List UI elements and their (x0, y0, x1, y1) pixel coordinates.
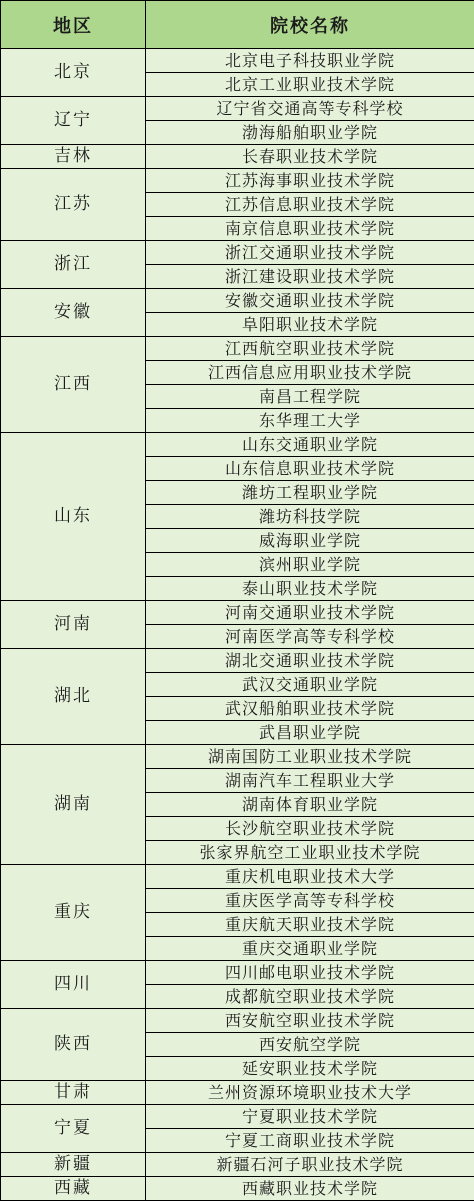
table-row: 浙江浙江交通职业技术学院 (1, 241, 474, 265)
school-name-cell: 重庆交通职业学院 (146, 937, 474, 961)
school-name-cell: 潍坊科技学院 (146, 505, 474, 529)
table-row: 宁夏宁夏职业技术学院 (1, 1105, 474, 1129)
school-name-cell: 潍坊工程职业学院 (146, 481, 474, 505)
table-row: 吉林长春职业技术学院 (1, 145, 474, 169)
school-name-cell: 成都航空职业技术学院 (146, 985, 474, 1009)
school-name-cell: 滨州职业学院 (146, 553, 474, 577)
school-name-cell: 安徽交通职业技术学院 (146, 289, 474, 313)
region-cell: 重庆 (1, 865, 146, 961)
table-row: 江西江西航空职业技术学院 (1, 337, 474, 361)
school-name-cell: 北京工业职业技术学院 (146, 73, 474, 97)
region-cell: 新疆 (1, 1153, 146, 1177)
table-row: 山东山东交通职业学院 (1, 433, 474, 457)
region-cell: 湖南 (1, 745, 146, 865)
region-cell: 江苏 (1, 169, 146, 241)
school-name-cell: 兰州资源环境职业技术大学 (146, 1081, 474, 1105)
school-name-cell: 阜阳职业技术学院 (146, 313, 474, 337)
school-name-cell: 浙江交通职业技术学院 (146, 241, 474, 265)
school-name-cell: 浙江建设职业技术学院 (146, 265, 474, 289)
school-name-cell: 重庆医学高等专科学校 (146, 889, 474, 913)
table-row: 湖北湖北交通职业技术学院 (1, 649, 474, 673)
school-name-cell: 长春职业技术学院 (146, 145, 474, 169)
school-name-cell: 湖南国防工业职业技术学院 (146, 745, 474, 769)
school-name-cell: 张家界航空工业职业技术学院 (146, 841, 474, 865)
region-cell: 湖北 (1, 649, 146, 745)
region-cell: 辽宁 (1, 97, 146, 145)
school-name-cell: 湖北交通职业技术学院 (146, 649, 474, 673)
header-row: 地区 院校名称 (1, 1, 474, 49)
school-name-cell: 威海职业学院 (146, 529, 474, 553)
school-name-cell: 四川邮电职业技术学院 (146, 961, 474, 985)
region-cell: 西藏 (1, 1177, 146, 1201)
school-name-cell: 宁夏工商职业技术学院 (146, 1129, 474, 1153)
table-body: 北京北京电子科技职业学院北京工业职业技术学院辽宁辽宁省交通高等专科学校渤海船舶职… (1, 49, 474, 1201)
table-row: 新疆新疆石河子职业技术学院 (1, 1153, 474, 1177)
region-cell: 河南 (1, 601, 146, 649)
table-row: 北京北京电子科技职业学院 (1, 49, 474, 73)
region-cell: 浙江 (1, 241, 146, 289)
table-row: 辽宁辽宁省交通高等专科学校 (1, 97, 474, 121)
region-cell: 陕西 (1, 1009, 146, 1081)
table-row: 河南河南交通职业技术学院 (1, 601, 474, 625)
header-region: 地区 (1, 1, 146, 49)
region-cell: 安徽 (1, 289, 146, 337)
school-name-cell: 新疆石河子职业技术学院 (146, 1153, 474, 1177)
table-row: 湖南湖南国防工业职业技术学院 (1, 745, 474, 769)
school-name-cell: 湖南汽车工程职业大学 (146, 769, 474, 793)
region-cell: 山东 (1, 433, 146, 601)
header-school-name: 院校名称 (146, 1, 474, 49)
school-name-cell: 泰山职业技术学院 (146, 577, 474, 601)
table-row: 江苏江苏海事职业技术学院 (1, 169, 474, 193)
school-name-cell: 南京信息职业技术学院 (146, 217, 474, 241)
region-cell: 北京 (1, 49, 146, 97)
school-name-cell: 宁夏职业技术学院 (146, 1105, 474, 1129)
region-cell: 江西 (1, 337, 146, 433)
school-name-cell: 北京电子科技职业学院 (146, 49, 474, 73)
school-name-cell: 山东交通职业学院 (146, 433, 474, 457)
school-name-cell: 辽宁省交通高等专科学校 (146, 97, 474, 121)
table-row: 西藏西藏职业技术学院 (1, 1177, 474, 1201)
school-name-cell: 河南交通职业技术学院 (146, 601, 474, 625)
school-name-cell: 西藏职业技术学院 (146, 1177, 474, 1201)
schools-table: 地区 院校名称 北京北京电子科技职业学院北京工业职业技术学院辽宁辽宁省交通高等专… (0, 0, 474, 1201)
school-name-cell: 南昌工程学院 (146, 385, 474, 409)
school-name-cell: 延安职业技术学院 (146, 1057, 474, 1081)
school-name-cell: 西安航空学院 (146, 1033, 474, 1057)
region-cell: 宁夏 (1, 1105, 146, 1153)
school-name-cell: 西安航空职业技术学院 (146, 1009, 474, 1033)
region-cell: 四川 (1, 961, 146, 1009)
region-cell: 甘肃 (1, 1081, 146, 1105)
school-name-cell: 江苏信息职业技术学院 (146, 193, 474, 217)
school-name-cell: 武汉交通职业学院 (146, 673, 474, 697)
school-name-cell: 山东信息职业技术学院 (146, 457, 474, 481)
school-name-cell: 湖南体育职业学院 (146, 793, 474, 817)
table-row: 甘肃兰州资源环境职业技术大学 (1, 1081, 474, 1105)
school-name-cell: 江西信息应用职业技术学院 (146, 361, 474, 385)
school-name-cell: 江苏海事职业技术学院 (146, 169, 474, 193)
table-row: 安徽安徽交通职业技术学院 (1, 289, 474, 313)
school-name-cell: 河南医学高等专科学校 (146, 625, 474, 649)
school-name-cell: 重庆机电职业技术大学 (146, 865, 474, 889)
school-name-cell: 长沙航空职业技术学院 (146, 817, 474, 841)
table-row: 四川四川邮电职业技术学院 (1, 961, 474, 985)
school-name-cell: 重庆航天职业技术学院 (146, 913, 474, 937)
school-name-cell: 武汉船舶职业技术学院 (146, 697, 474, 721)
school-name-cell: 渤海船舶职业学院 (146, 121, 474, 145)
table-row: 重庆重庆机电职业技术大学 (1, 865, 474, 889)
table-row: 陕西西安航空职业技术学院 (1, 1009, 474, 1033)
school-name-cell: 江西航空职业技术学院 (146, 337, 474, 361)
school-name-cell: 武昌职业学院 (146, 721, 474, 745)
region-cell: 吉林 (1, 145, 146, 169)
school-name-cell: 东华理工大学 (146, 409, 474, 433)
